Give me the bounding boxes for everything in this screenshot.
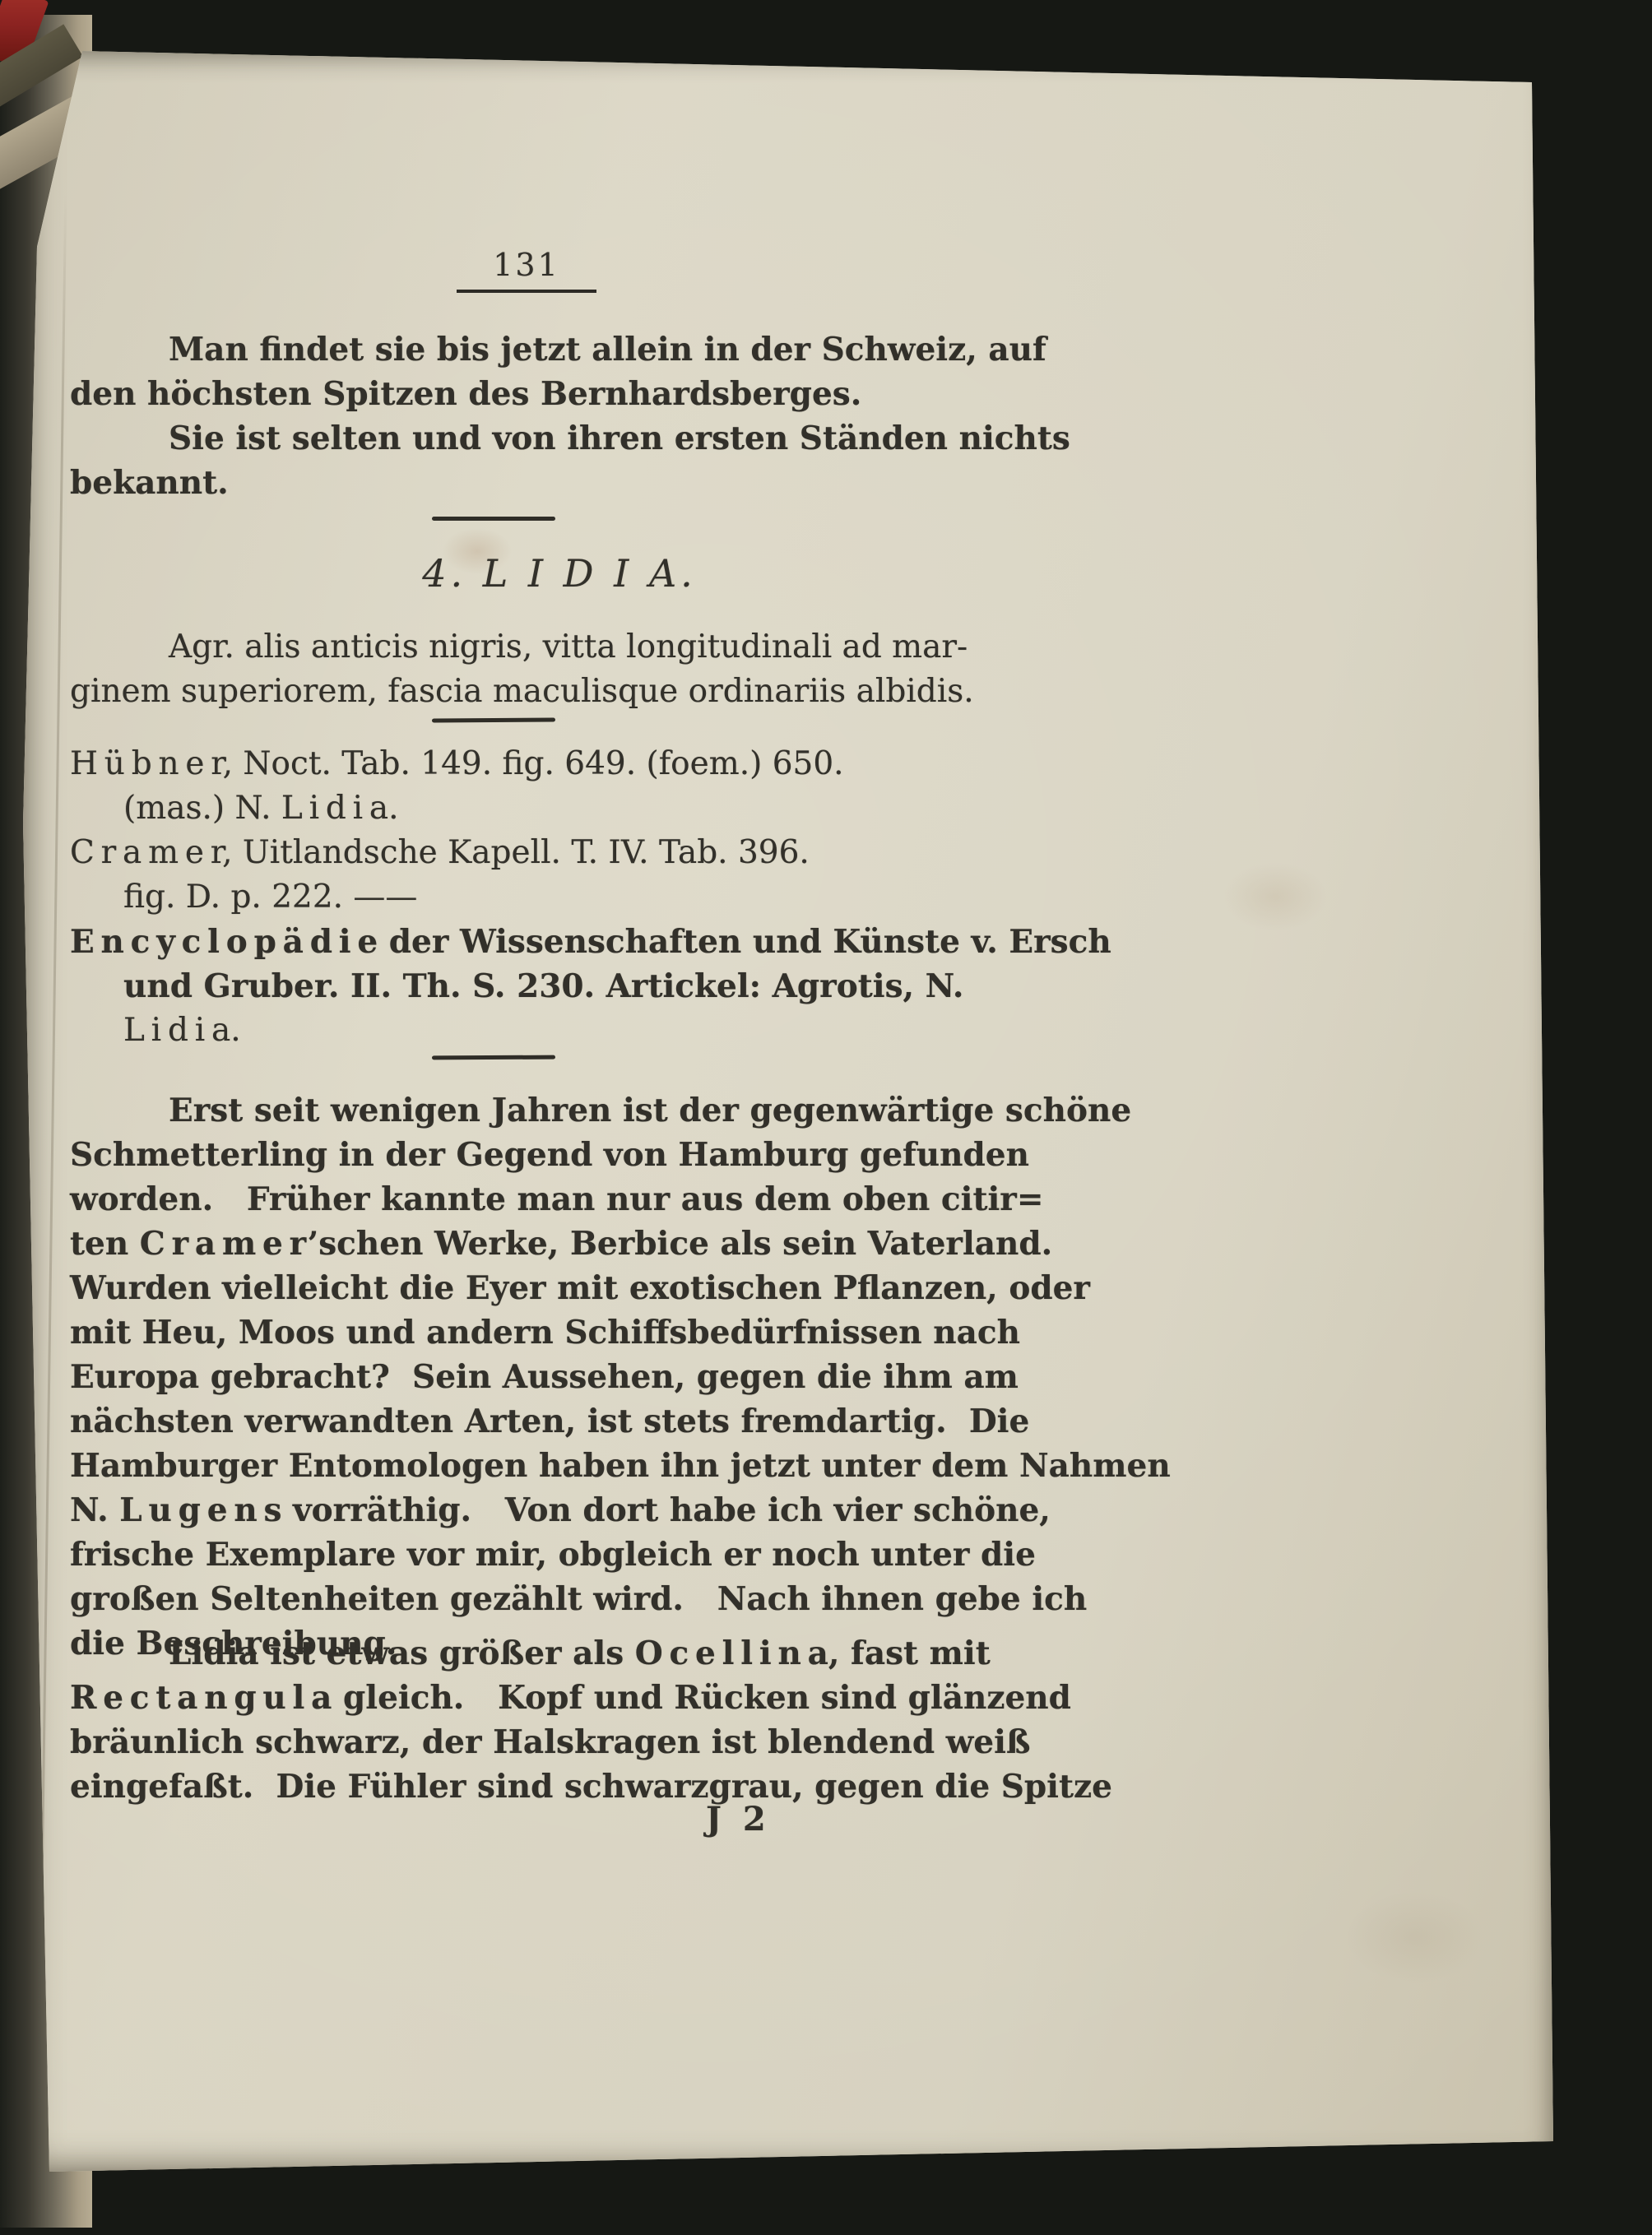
- paragraph-line: ten C r a m e r’schen Werke, Berbice als…: [70, 1222, 987, 1266]
- scanned-page: 131 Man findet sie bis jetzt allein in d…: [16, 45, 1559, 2176]
- scan-background: { "page": { "number": "131", "signature_…: [0, 0, 1652, 2235]
- paragraph-line: Wurden vielleicht die Eyer mit exotische…: [70, 1266, 987, 1310]
- paragraph-line: Erst seit wenigen Jahren ist der gegenwä…: [70, 1088, 987, 1133]
- paragraph-line: Lidia ist etwas größer als O c e l l i n…: [70, 1631, 987, 1676]
- reference-list: H ü b n e r, Noct. Tab. 149. fig. 649. (…: [70, 742, 987, 1053]
- signature-mark: J 2: [706, 1800, 771, 1839]
- paragraph-line: bräunlich schwarz, der Halskragen ist bl…: [70, 1720, 987, 1764]
- reference-line: C r a m e r, Uitlandsche Kapell. T. IV. …: [70, 831, 987, 875]
- reference-line: E n c y c l o p ä d i e der Wissenschaft…: [70, 920, 987, 964]
- page-number: 131: [457, 247, 596, 293]
- paragraph-line: Man findet sie bis jetzt allein in der S…: [70, 327, 987, 372]
- latin-line: ginem superiorem, fascia maculisque ordi…: [70, 670, 987, 714]
- reference-line: (mas.) N. L i d i a.: [70, 786, 987, 831]
- paragraph-line: worden. Früher kannte man nur aus dem ob…: [70, 1177, 987, 1222]
- paragraph-line: Schmetterling in der Gegend von Hamburg …: [70, 1133, 987, 1177]
- section-divider: [432, 1055, 555, 1060]
- paragraph-line: mit Heu, Moos und andern Schiffsbedürfni…: [70, 1310, 987, 1355]
- latin-diagnosis: Agr. alis anticis nigris, vitta longitud…: [70, 625, 987, 714]
- paragraph-line: großen Seltenheiten gezählt wird. Nach i…: [70, 1577, 987, 1621]
- reference-line: L i d i a.: [70, 1009, 987, 1053]
- body-paragraph-discovery: Erst seit wenigen Jahren ist der gegenwä…: [70, 1088, 987, 1666]
- paragraph-line: R e c t a n g u l a gleich. Kopf und Rüc…: [70, 1676, 987, 1720]
- reference-line: und Gruber. II. Th. S. 230. Artickel: Ag…: [70, 964, 987, 1009]
- body-paragraph-description: Lidia ist etwas größer als O c e l l i n…: [70, 1631, 987, 1809]
- reference-line: H ü b n e r, Noct. Tab. 149. fig. 649. (…: [70, 742, 987, 786]
- paragraph-line: eingefaßt. Die Fühler sind schwarzgrau, …: [70, 1764, 987, 1809]
- species-heading: 4. L I D I A.: [136, 551, 983, 596]
- paragraph-line: bekannt.: [70, 461, 987, 505]
- intro-paragraphs: Man findet sie bis jetzt allein in der S…: [70, 327, 987, 505]
- reference-line: fig. D. p. 222. ——: [70, 875, 987, 920]
- paragraph-line: den höchsten Spitzen des Bernhardsberges…: [70, 372, 987, 416]
- paragraph-line: nächsten verwandten Arten, ist stets fre…: [70, 1399, 987, 1444]
- section-divider: [432, 717, 555, 722]
- page-number-value: 131: [493, 247, 560, 283]
- paragraph-line: Sie ist selten und von ihren ersten Stän…: [70, 416, 987, 461]
- paragraph-line: Europa gebracht? Sein Aussehen, gegen di…: [70, 1355, 987, 1399]
- section-divider: [432, 517, 555, 521]
- latin-line: Agr. alis anticis nigris, vitta longitud…: [70, 625, 987, 670]
- paragraph-line: frische Exemplare vor mir, obgleich er n…: [70, 1533, 987, 1577]
- paragraph-line: N. L u g e n s vorräthig. Von dort habe …: [70, 1488, 987, 1533]
- paragraph-line: Hamburger Entomologen haben ihn jetzt un…: [70, 1444, 987, 1488]
